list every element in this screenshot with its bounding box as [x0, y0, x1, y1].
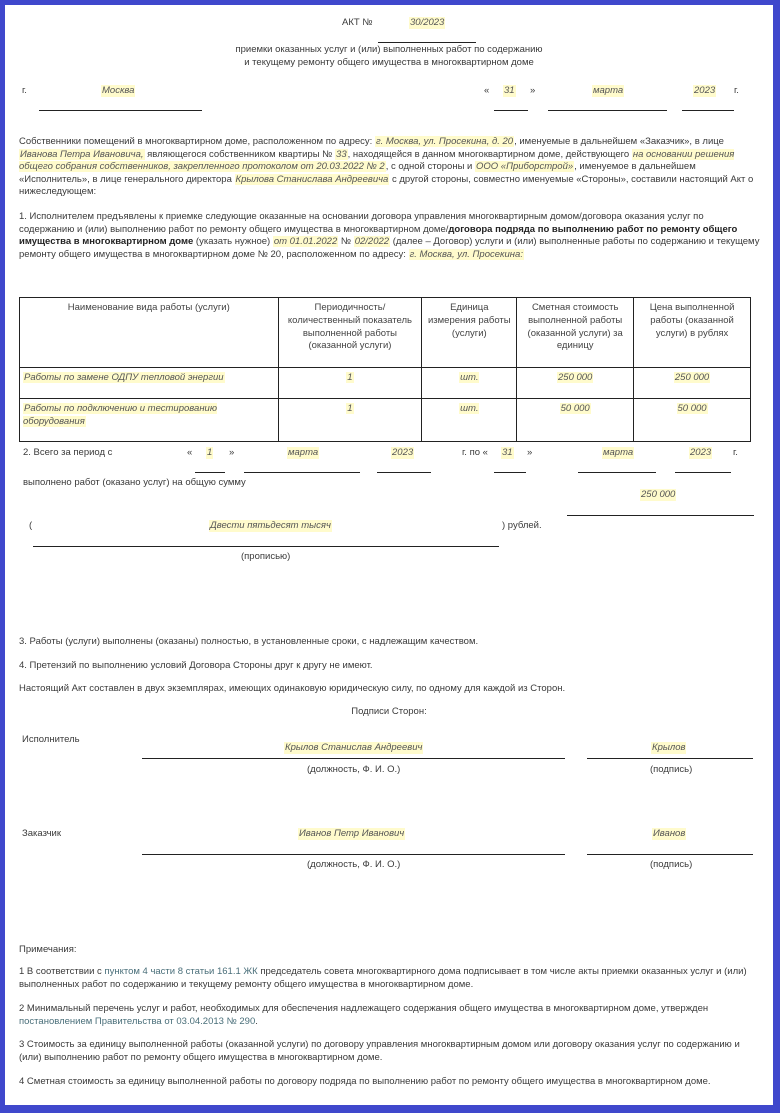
to-year-underline	[675, 472, 731, 473]
note-2: 2 Минимальный перечень услуг и работ, не…	[19, 1003, 761, 1028]
sum-label: выполнено работ (оказано услуг) на общую…	[23, 477, 246, 489]
apartment-field[interactable]: 33	[335, 149, 348, 160]
total-sum-field[interactable]: 250 000	[640, 489, 676, 501]
contractor-signature-caption: (подпись)	[650, 764, 692, 776]
address-field[interactable]: г. Москва, ул. Просекина, д. 20	[375, 136, 514, 147]
customer-signature-caption: (подпись)	[650, 859, 692, 871]
act-number-underline	[378, 42, 476, 43]
contractor-name-caption: (должность, Ф. И. О.)	[307, 764, 400, 776]
note-2-text: .	[255, 1016, 258, 1027]
city-underline	[39, 110, 202, 111]
day-underline	[494, 110, 528, 111]
to-day-underline	[494, 472, 526, 473]
to-month-underline	[578, 472, 656, 473]
contractor-name-underline	[142, 758, 565, 759]
customer-name-underline	[142, 854, 565, 855]
contractor-label: Исполнитель	[22, 734, 80, 746]
date-year-field[interactable]: 2023	[693, 85, 716, 97]
period-label: 2. Всего за период с	[23, 447, 112, 459]
from-day-underline	[195, 472, 225, 473]
intro-paragraph: Собственники помещений в многоквартирном…	[19, 136, 761, 199]
period-from-year-field[interactable]: 2023	[391, 447, 414, 459]
period-to-day-field[interactable]: 31	[501, 447, 514, 459]
contractor-signature-underline	[587, 758, 753, 759]
note-1: 1 В соответствии с пунктом 4 части 8 ста…	[19, 966, 761, 991]
from-month-underline	[244, 472, 360, 473]
customer-label: Заказчик	[22, 828, 61, 840]
customer-name-field[interactable]: Иванов Петр Иванович	[298, 828, 405, 840]
quantity-cell[interactable]: 1	[346, 372, 353, 383]
customer-signature-underline	[587, 854, 753, 855]
note-3: 3 Стоимость за единицу выполненной работ…	[19, 1039, 761, 1064]
period-from-day-field[interactable]: 1	[206, 447, 213, 459]
work-name-cell[interactable]: Работы по подключению и тестированию обо…	[23, 403, 217, 427]
header-unit-cost: Сметная стоимость выполненной работы (ок…	[517, 298, 634, 368]
contract-date-field[interactable]: от 01.01.2022	[273, 236, 338, 247]
period-to-quote-close: »	[527, 447, 532, 459]
header-unit: Единица измерения работы (услуги)	[422, 298, 517, 368]
note-2-link[interactable]: постановлением Правительства от 03.04.20…	[19, 1016, 255, 1027]
intro-text: , находящейся в данном многоквартирном д…	[348, 149, 632, 160]
intro-text: , именуемые в дальнейшем «Заказчик», в л…	[514, 136, 724, 147]
contractor-name-field[interactable]: Крылов Станислав Андреевич	[284, 742, 423, 754]
contract-number-field[interactable]: 02/2022	[354, 236, 390, 247]
subtitle-line2: и текущему ремонту общего имущества в мн…	[5, 57, 773, 69]
month-underline	[548, 110, 667, 111]
clause-3: 3. Работы (услуги) выполнены (оказаны) п…	[19, 636, 478, 648]
quantity-cell[interactable]: 1	[346, 403, 353, 414]
header-price: Цена выполненной работы (оказанной услуг…	[634, 298, 751, 368]
table-row: Работы по подключению и тестированию обо…	[20, 399, 751, 442]
sum-underline	[567, 515, 754, 516]
unit-cost-cell[interactable]: 50 000	[560, 403, 591, 414]
from-year-underline	[377, 472, 431, 473]
city-prefix: г.	[22, 85, 27, 97]
table-header-row: Наименование вида работы (услуги) Период…	[20, 298, 751, 368]
work-name-cell[interactable]: Работы по замене ОДПУ тепловой энергии	[23, 372, 225, 383]
price-cell[interactable]: 50 000	[677, 403, 708, 414]
owner-name-field[interactable]: Иванова Петра Ивановича,	[19, 149, 145, 160]
city-field[interactable]: Москва	[101, 85, 135, 97]
notes-title: Примечания:	[19, 944, 77, 956]
intro-text: , с одной стороны и	[386, 161, 475, 172]
date-quote-close: »	[530, 85, 535, 97]
period-from-quote-close: »	[229, 447, 234, 459]
clause-1: 1. Исполнителем предъявлены к приемке сл…	[19, 211, 761, 261]
rubles-label: ) рублей.	[502, 520, 542, 532]
table-row: Работы по замене ОДПУ тепловой энергии 1…	[20, 368, 751, 399]
customer-name-caption: (должность, Ф. И. О.)	[307, 859, 400, 871]
act-label: АКТ №	[342, 17, 373, 29]
date-quote-open: «	[484, 85, 489, 97]
note-1-text: 1 В соответствии с	[19, 966, 104, 977]
sum-words-caption: (прописью)	[241, 551, 290, 563]
year-suffix: г.	[734, 85, 739, 97]
sum-words-underline	[33, 546, 499, 547]
clause-1-text: (указать нужное)	[193, 236, 273, 247]
period-from-month-field[interactable]: марта	[287, 447, 319, 459]
period-to-month-field[interactable]: марта	[602, 447, 634, 459]
date-month-field[interactable]: марта	[592, 85, 624, 97]
contractor-signature-field[interactable]: Крылов	[651, 742, 686, 754]
unit-cell[interactable]: шт.	[459, 403, 479, 414]
copies-clause: Настоящий Акт составлен в двух экземпляр…	[19, 683, 565, 695]
period-to-year-field[interactable]: 2023	[689, 447, 712, 459]
price-cell[interactable]: 250 000	[674, 372, 710, 383]
note-1-link[interactable]: пунктом 4 части 8 статьи 161.1 ЖК	[104, 966, 257, 977]
subtitle-line1: приемки оказанных услуг и (или) выполнен…	[5, 44, 773, 56]
intro-text: являющегося собственником квартиры №	[145, 149, 336, 160]
unit-cost-cell[interactable]: 250 000	[557, 372, 593, 383]
works-table: Наименование вида работы (услуги) Период…	[19, 297, 751, 442]
year-underline	[682, 110, 734, 111]
period-from-quote-open: «	[187, 447, 192, 459]
date-day-field[interactable]: 31	[503, 85, 516, 97]
period-to-label: г. по «	[462, 447, 488, 459]
note-4: 4 Сметная стоимость за единицу выполненн…	[19, 1076, 761, 1089]
unit-cell[interactable]: шт.	[459, 372, 479, 383]
header-work-name: Наименование вида работы (услуги)	[20, 298, 279, 368]
intro-text: Собственники помещений в многоквартирном…	[19, 136, 375, 147]
note-2-text: 2 Минимальный перечень услуг и работ, не…	[19, 1003, 708, 1014]
period-year-suffix: г.	[733, 447, 738, 459]
contractor-org-field[interactable]: ООО «Приборстрой»	[475, 161, 574, 172]
signatures-title: Подписи Сторон:	[5, 706, 773, 718]
act-number[interactable]: 30/2023	[409, 17, 445, 29]
customer-signature-field[interactable]: Иванов	[652, 828, 686, 840]
document-page: АКТ № 30/2023 приемки оказанных услуг и …	[5, 5, 773, 1105]
clause-4: 4. Претензий по выполнению условий Догов…	[19, 660, 373, 672]
director-field[interactable]: Крылова Станислава Андреевича	[235, 174, 390, 185]
work-address-field[interactable]: г. Москва, ул. Просекина:	[409, 249, 524, 260]
sum-words-field[interactable]: Двести пятьдесят тысяч	[209, 520, 332, 532]
header-quantity: Периодичность/ количественный показатель…	[278, 298, 422, 368]
paren-open: (	[29, 520, 32, 532]
clause-1-text: №	[338, 236, 353, 247]
